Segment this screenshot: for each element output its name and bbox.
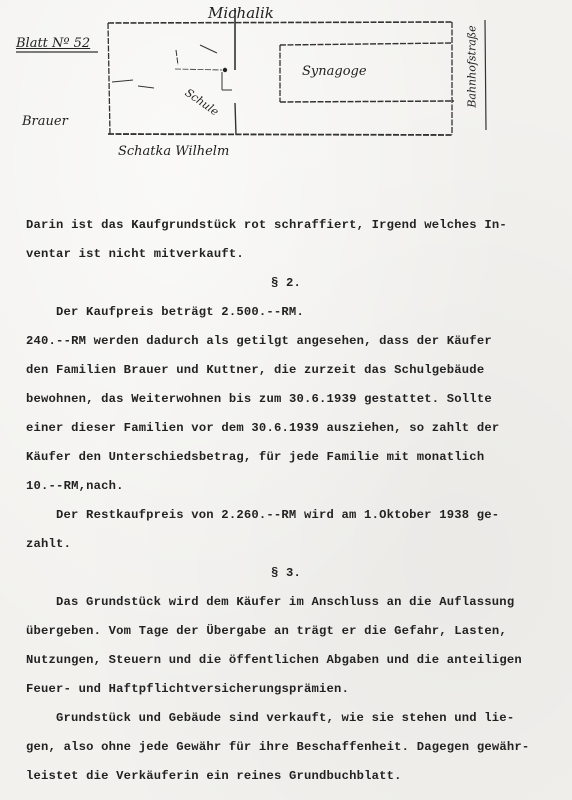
street-label: Bahnhofstraße — [466, 7, 479, 127]
south-neighbor-label: Schatka Wilhelm — [118, 144, 229, 159]
north-neighbor-label: Michalik — [208, 4, 274, 22]
text-line: einer dieser Familien vor dem 30.6.1939 … — [26, 421, 499, 435]
west-neighbor-label: Brauer — [22, 114, 68, 129]
text-line: zahlt. — [26, 537, 71, 551]
synagogue-label: Synagoge — [302, 64, 367, 79]
text-line: 240.--RM werden dadurch als getilgt ange… — [26, 334, 492, 348]
text-line: Darin ist das Kaufgrundstück rot schraff… — [26, 218, 507, 232]
text-line: übergeben. Vom Tage der Übergabe an träg… — [26, 624, 507, 638]
sheet-number-label: Blatt Nº 52 — [16, 36, 90, 51]
text-line: Feuer- und Haftpflichtversicherungsprämi… — [26, 682, 349, 696]
site-plan-drawing — [0, 0, 572, 170]
text-line: ventar ist nicht mitverkauft. — [26, 247, 244, 261]
text-line: leistet die Verkäuferin ein reines Grund… — [26, 769, 402, 783]
section-2-heading: § 2. — [0, 276, 572, 290]
text-line: gen, also ohne jede Gewähr für ihre Besc… — [26, 740, 529, 754]
text-line: Nutzungen, Steuern und die öffentlichen … — [26, 653, 522, 667]
text-line: Der Kaufpreis beträgt 2.500.--RM. — [56, 305, 304, 319]
property-sketch: Blatt Nº 52 Michalik Brauer Schatka Wilh… — [0, 0, 572, 170]
text-line: Das Grundstück wird dem Käufer im Anschl… — [56, 595, 514, 609]
text-line: 10.--RM,nach. — [26, 479, 124, 493]
document-page: Blatt Nº 52 Michalik Brauer Schatka Wilh… — [0, 0, 572, 800]
text-line: Der Restkaufpreis von 2.260.--RM wird am… — [56, 508, 499, 522]
text-line: bewohnen, das Weiterwohnen bis zum 30.6.… — [26, 392, 492, 406]
text-line: Grundstück und Gebäude sind verkauft, wi… — [56, 711, 514, 725]
section-3-heading: § 3. — [0, 566, 572, 580]
text-line: Käufer den Unterschiedsbetrag, für jede … — [26, 450, 484, 464]
text-line: den Familien Brauer und Kuttner, die zur… — [26, 363, 484, 377]
